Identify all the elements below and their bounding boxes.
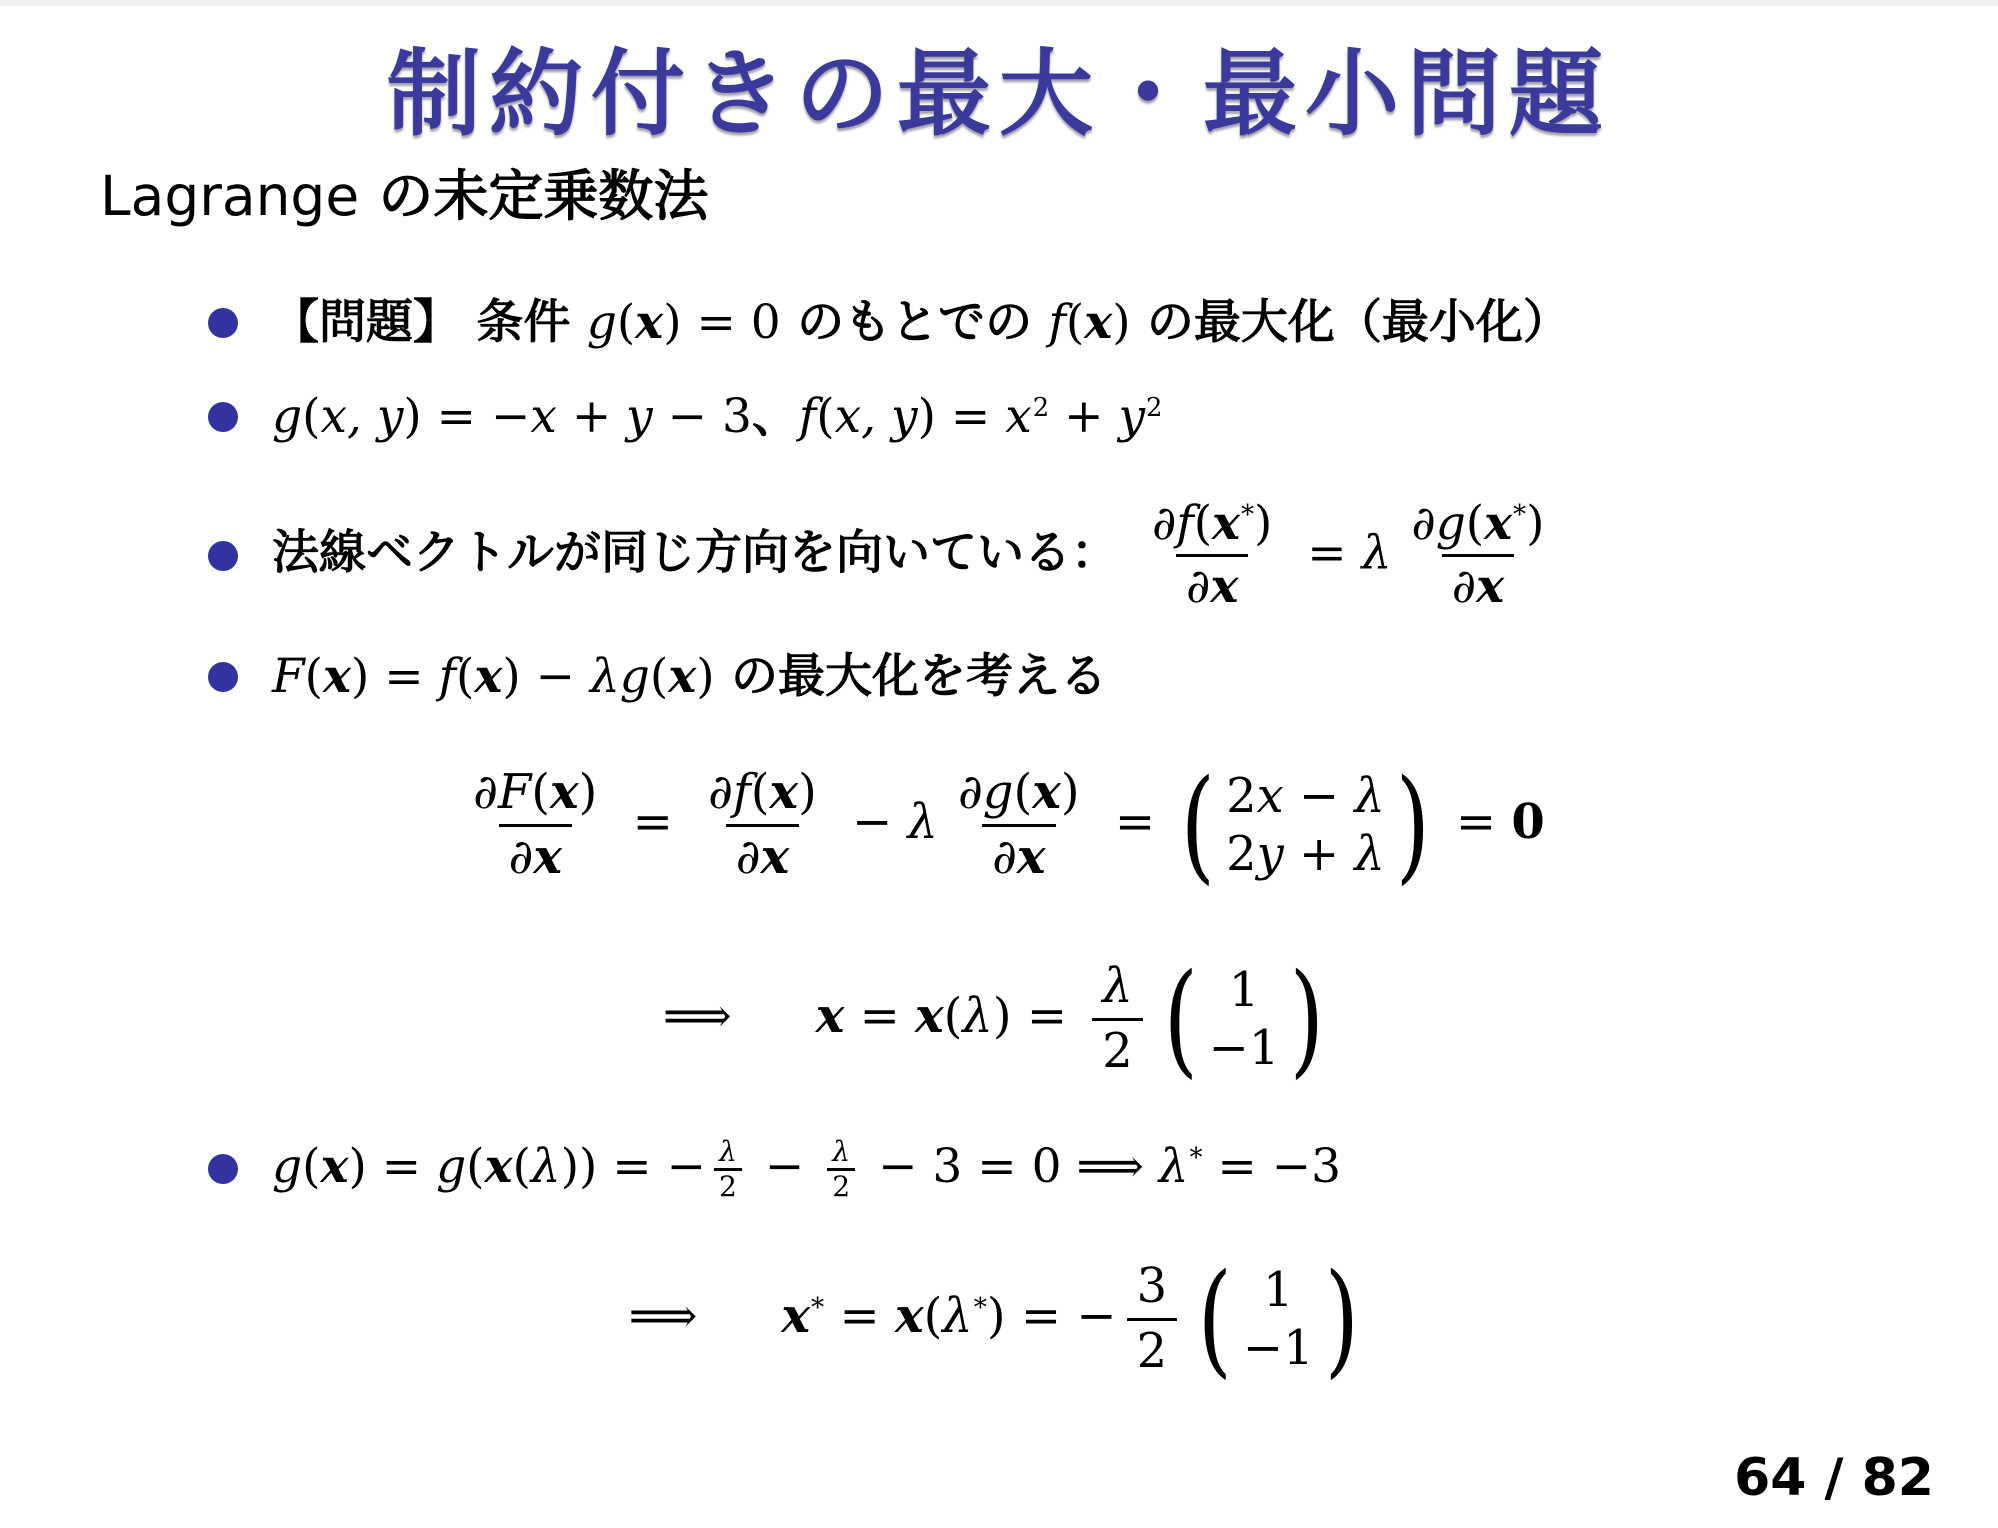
equation-x-star: ⟹x* = x(λ*) = −32(1−1) <box>0 1256 1998 1382</box>
bullet-icon <box>208 402 238 432</box>
bullet-lagrangian: F(x) = f(x) − λg(x) の最大化を考える <box>208 646 1107 707</box>
section-heading-latin: Lagrange <box>100 164 359 228</box>
equation-x-of-lambda: ⟹x = x(λ) = λ2(1−1) <box>0 956 1998 1082</box>
section-heading-jp: の未定乗数法 <box>359 164 708 228</box>
slide-title: 制約付きの最大・最小問題 <box>0 18 1998 153</box>
page-number: 64 / 82 <box>1734 1448 1934 1508</box>
section-heading: Lagrange の未定乗数法 <box>100 163 708 229</box>
bullet-icon <box>208 541 238 571</box>
bullet-solve-lambda: g(x) = g(x(λ)) = −λ2 − λ2 − 3 = 0 ⟹ λ* =… <box>208 1136 1341 1203</box>
bullet-icon <box>208 662 238 692</box>
bullet-problem-text: 【問題】 条件 g(x) = 0 のもとでの f(x) の最大化（最小化） <box>272 292 1570 353</box>
bullet-normal-vectors-text: 法線ベクトルが同じ方向を向いている：∂f(x*)∂x = λ∂g(x*)∂x <box>272 494 1564 618</box>
equation-gradient-zero: ∂F(x)∂x = ∂f(x)∂x − λ∂g(x)∂x = (2x − λ2y… <box>0 762 1998 888</box>
bullet-functions: g(x, y) = −x + y − 3、f(x, y) = x2 + y2 <box>208 386 1162 447</box>
bullet-icon <box>208 308 238 338</box>
bullet-normal-vectors: 法線ベクトルが同じ方向を向いている：∂f(x*)∂x = λ∂g(x*)∂x <box>208 494 1564 618</box>
bullet-lagrangian-text: F(x) = f(x) − λg(x) の最大化を考える <box>272 646 1107 707</box>
bullet-solve-lambda-text: g(x) = g(x(λ)) = −λ2 − λ2 − 3 = 0 ⟹ λ* =… <box>272 1136 1341 1203</box>
bullet-icon <box>208 1154 238 1184</box>
bullet-functions-text: g(x, y) = −x + y − 3、f(x, y) = x2 + y2 <box>272 386 1162 447</box>
bullet-problem: 【問題】 条件 g(x) = 0 のもとでの f(x) の最大化（最小化） <box>208 292 1570 353</box>
top-strip <box>0 0 1998 6</box>
